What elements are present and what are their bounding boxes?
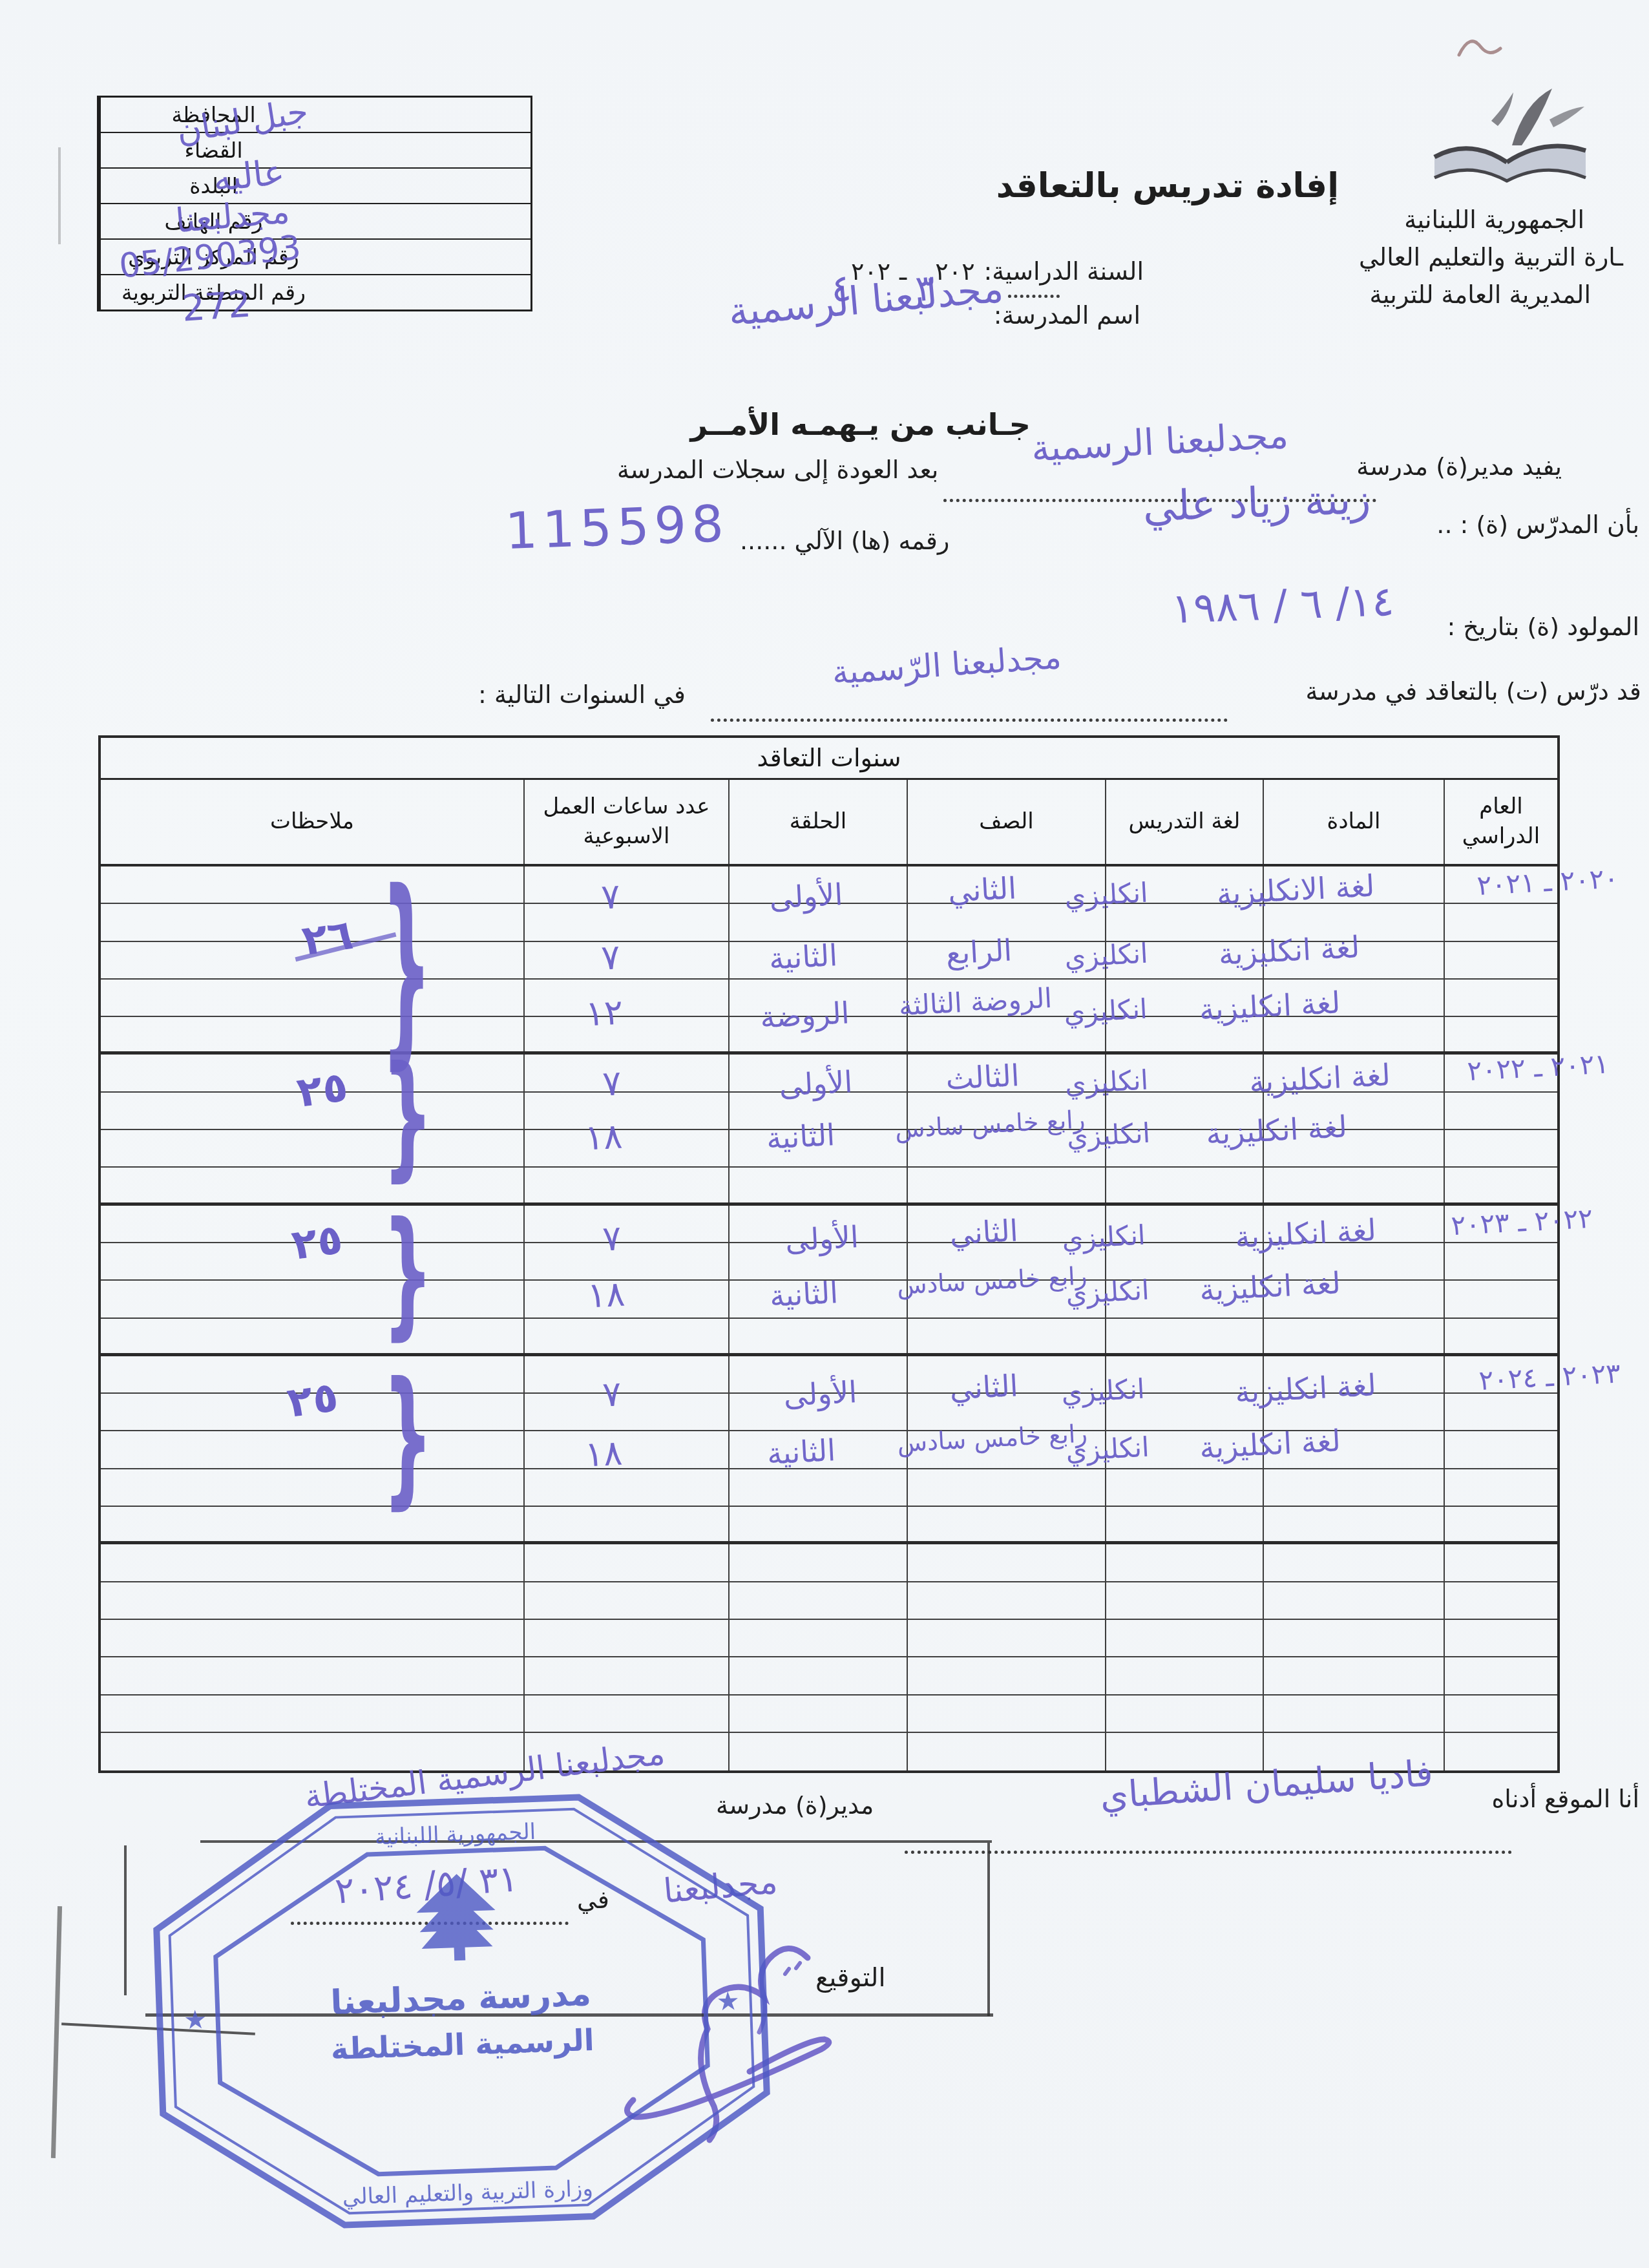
col-teaching-language: لغة التدريس — [1105, 780, 1263, 864]
table-cell — [1263, 1620, 1444, 1656]
hw-cycle: الأولى — [757, 1373, 885, 1414]
table-cell — [907, 1582, 1105, 1619]
bracket-mark: { — [383, 1204, 433, 1343]
table-cell — [907, 1620, 1105, 1656]
table-cell — [1105, 1733, 1263, 1770]
info-value-cell — [326, 98, 530, 133]
table-cell — [523, 1696, 728, 1732]
header-directorate: المديرية العامة للتربية — [1370, 280, 1591, 309]
hw-grade: الثالث — [916, 1056, 1050, 1098]
table-cell — [1105, 1582, 1263, 1619]
table-cell — [728, 1507, 907, 1541]
table-cell — [1105, 1544, 1263, 1580]
hw-hours: ٧ — [580, 875, 640, 919]
table-cell — [523, 1544, 728, 1580]
hw-grade: الثاني — [917, 1367, 1051, 1409]
hw-grade: الثاني — [917, 1212, 1051, 1254]
stamp-top-text: الجمهورية اللبنانية — [374, 1819, 536, 1851]
hw-cycle: الأولى — [739, 876, 874, 918]
table-row — [101, 1319, 1557, 1356]
table-cell — [101, 1431, 523, 1467]
table-cell — [1444, 1130, 1557, 1166]
letter-line4-right: قد درّس (ت) بالتعاقد في مدرسة — [1305, 677, 1641, 706]
table-cell — [523, 1620, 728, 1656]
bracket-mark: { — [383, 1049, 433, 1184]
letter-line4-left: في السنوات التالية : — [478, 680, 686, 709]
hw-cycle: الروضة — [735, 994, 876, 1036]
hw-language: انكليزي — [1047, 876, 1165, 913]
hw-language: انكليزي — [1046, 1063, 1167, 1101]
table-cell — [907, 1168, 1105, 1202]
table-cell — [1444, 1243, 1557, 1279]
header-ministry: ـارة التربية والتعليم العالي — [1359, 243, 1623, 271]
table-cell — [1105, 1168, 1263, 1202]
table-cell — [1105, 1657, 1263, 1694]
info-value-cell — [326, 275, 530, 310]
hw-hours: ١٢ — [567, 991, 640, 1035]
hw-cycle: الأولى — [761, 1218, 884, 1259]
col-subject: المادة — [1263, 780, 1444, 864]
letter-line2-left: رقمه (ها) الآلي ...... — [740, 527, 949, 555]
table-cell — [101, 1582, 523, 1619]
hw-cycle: الثانية — [730, 1115, 872, 1157]
table-row — [101, 1582, 1557, 1620]
hw-hours: ٧ — [582, 1372, 642, 1416]
table-cell — [1263, 1657, 1444, 1694]
table-cell — [1444, 1469, 1557, 1506]
table-cell — [728, 1168, 907, 1202]
table-cell — [1444, 1093, 1557, 1129]
dotted-line — [905, 1848, 1512, 1854]
hw-hours: ٧ — [582, 1217, 642, 1261]
table-cell — [728, 1582, 907, 1619]
table-cell — [1263, 1507, 1444, 1541]
info-value-cell — [326, 240, 530, 275]
table-cell — [1444, 1319, 1557, 1353]
letter-line3-label: المولود (ة) بتاريخ : — [1447, 613, 1639, 641]
table-cell — [1444, 1507, 1557, 1541]
col-school-year: العام الدراسي — [1444, 780, 1557, 864]
info-value-cell — [326, 133, 530, 169]
hw-cycle: الأولى — [752, 1063, 880, 1104]
table-cell — [1444, 1431, 1557, 1467]
table-cell — [907, 1507, 1105, 1541]
col-cycle: الحلقة — [728, 780, 907, 864]
table-cell — [101, 1469, 523, 1506]
bracket-mark: { — [383, 1362, 433, 1511]
table-cell — [101, 1130, 523, 1166]
table-cell — [1105, 1696, 1263, 1732]
table-cell — [728, 1319, 907, 1353]
corner-pen-mark — [1454, 29, 1506, 70]
table-row — [101, 1657, 1557, 1695]
table-cell — [1105, 1507, 1263, 1541]
table-row — [101, 1507, 1557, 1544]
hw-cycle: الثانية — [735, 936, 872, 978]
table-cell — [1444, 1620, 1557, 1656]
hw-school-name-line4: مجدلبعنا الرّسمية — [804, 636, 1090, 694]
hw-total-hours-block2: ٢٥ — [294, 1063, 351, 1117]
hw-teacher-name: زينة زياد علي — [1062, 473, 1451, 534]
table-cell — [1263, 1469, 1444, 1506]
svg-text:★: ★ — [716, 1986, 740, 2017]
table-cell — [728, 1620, 907, 1656]
scanned-contract-certificate: المحافظة القضاء البلدة رقم الهاتف رقم ال… — [0, 0, 1649, 2268]
table-row — [101, 1544, 1557, 1582]
table-cell — [1444, 1168, 1557, 1202]
scan-edge-artifact — [58, 147, 61, 244]
table-cell — [1105, 1620, 1263, 1656]
hw-hours: ٧ — [580, 936, 640, 980]
table-cell — [907, 1733, 1105, 1770]
table-cell — [1444, 1544, 1557, 1580]
info-value-cell — [326, 169, 530, 204]
table-cell — [101, 866, 523, 903]
hw-hours: ١٨ — [569, 1272, 643, 1317]
table-row — [101, 1620, 1557, 1657]
table-cell — [1263, 1582, 1444, 1619]
table-cell — [101, 1544, 523, 1580]
table-cell — [1263, 1696, 1444, 1732]
hw-center-number-value: 272 — [163, 282, 269, 331]
stamp-box-line — [124, 1845, 127, 1995]
table-cell — [523, 1582, 728, 1619]
hw-cycle: الثانية — [730, 1431, 874, 1473]
table-cell — [523, 1657, 728, 1694]
letter-line1-left: بعد العودة إلى سجلات المدرسة — [617, 456, 938, 484]
school-stamp: الجمهورية اللبنانية مدرسة مجدلبعنا الرسم… — [136, 1785, 788, 2237]
contract-table-header-row: العام الدراسي المادة لغة التدريس الصف ال… — [101, 780, 1557, 866]
table-cell — [1263, 1544, 1444, 1580]
col-notes: ملاحظات — [101, 780, 523, 864]
info-value-cell — [326, 204, 530, 240]
table-cell — [728, 1696, 907, 1732]
table-cell — [1105, 1319, 1263, 1353]
letter-line2-right: بأن المدرّس (ة) : .. — [1436, 510, 1639, 539]
hw-total-hours-block3: ٢٥ — [289, 1215, 346, 1270]
table-cell — [101, 1168, 523, 1202]
scan-edge-artifact — [51, 1906, 62, 2158]
table-cell — [728, 1733, 907, 1770]
table-cell — [1444, 1696, 1557, 1732]
table-cell — [523, 1469, 728, 1506]
page-title: إفادة تدريس بالتعاقد — [1080, 167, 1339, 205]
table-cell — [1263, 1168, 1444, 1202]
table-row — [101, 1696, 1557, 1733]
hw-total-hours-block4: ٢٥ — [284, 1373, 341, 1427]
hw-hours: ٧ — [582, 1062, 642, 1106]
hw-birth-date: ١٩٨٦ / ٦ /١٤ — [1143, 577, 1422, 635]
col-weekly-hours: عدد ساعات العمل الاسبوعية — [523, 780, 728, 864]
table-cell — [101, 1017, 523, 1051]
hw-teacher-id-number: 115598 — [494, 494, 741, 561]
stamp-box-line — [987, 1843, 990, 2016]
table-cell — [101, 1319, 523, 1353]
table-cell — [101, 1620, 523, 1656]
table-cell — [728, 1544, 907, 1580]
table-cell — [1444, 980, 1557, 1016]
hw-hours: ١٨ — [566, 1431, 640, 1476]
hw-hours: ١٨ — [566, 1115, 640, 1159]
table-cell — [1444, 904, 1557, 940]
table-cell — [1105, 1469, 1263, 1506]
table-cell — [1444, 1657, 1557, 1694]
table-cell — [907, 1696, 1105, 1732]
table-cell — [1444, 1394, 1557, 1430]
table-cell — [728, 1469, 907, 1506]
table-cell — [101, 1696, 523, 1732]
dotted-line — [711, 716, 1228, 722]
table-cell — [907, 1544, 1105, 1580]
stamp-center2-text: الرسمية المختلطة — [330, 2022, 594, 2066]
table-cell — [728, 1657, 907, 1694]
table-cell — [907, 1469, 1105, 1506]
table-cell — [907, 1319, 1105, 1353]
table-cell — [101, 1657, 523, 1694]
hw-language: انكليزي — [1038, 1218, 1169, 1256]
table-row — [101, 1168, 1557, 1205]
stamp-center1-text: مدرسة مجدلبعنا — [330, 1975, 592, 2022]
svg-text:★: ★ — [184, 2005, 207, 2035]
table-cell — [1444, 942, 1557, 978]
hw-grade: الرابع — [914, 931, 1045, 972]
hw-language: انكليزي — [1047, 936, 1165, 974]
header-republic: الجمهورية اللبنانية — [1404, 205, 1584, 234]
table-cell — [101, 1507, 523, 1541]
hw-cycle: الثانية — [733, 1273, 876, 1315]
footer-line1-right: أنا الموقع أدناه — [1491, 1785, 1639, 1813]
table-cell — [523, 1168, 728, 1202]
hw-grade: الثاني — [914, 869, 1051, 911]
table-cell — [101, 1281, 523, 1317]
table-row — [101, 1469, 1557, 1507]
table-cell — [101, 980, 523, 1016]
table-cell — [1444, 1281, 1557, 1317]
table-cell — [1444, 1582, 1557, 1619]
ministry-logo — [1415, 81, 1602, 213]
table-cell — [1263, 1319, 1444, 1353]
contract-table-title: سنوات التعاقد — [101, 738, 1557, 780]
col-grade: الصف — [907, 780, 1105, 864]
table-cell — [1444, 1017, 1557, 1051]
table-cell — [523, 1319, 728, 1353]
table-cell — [523, 1507, 728, 1541]
table-cell — [907, 1657, 1105, 1694]
